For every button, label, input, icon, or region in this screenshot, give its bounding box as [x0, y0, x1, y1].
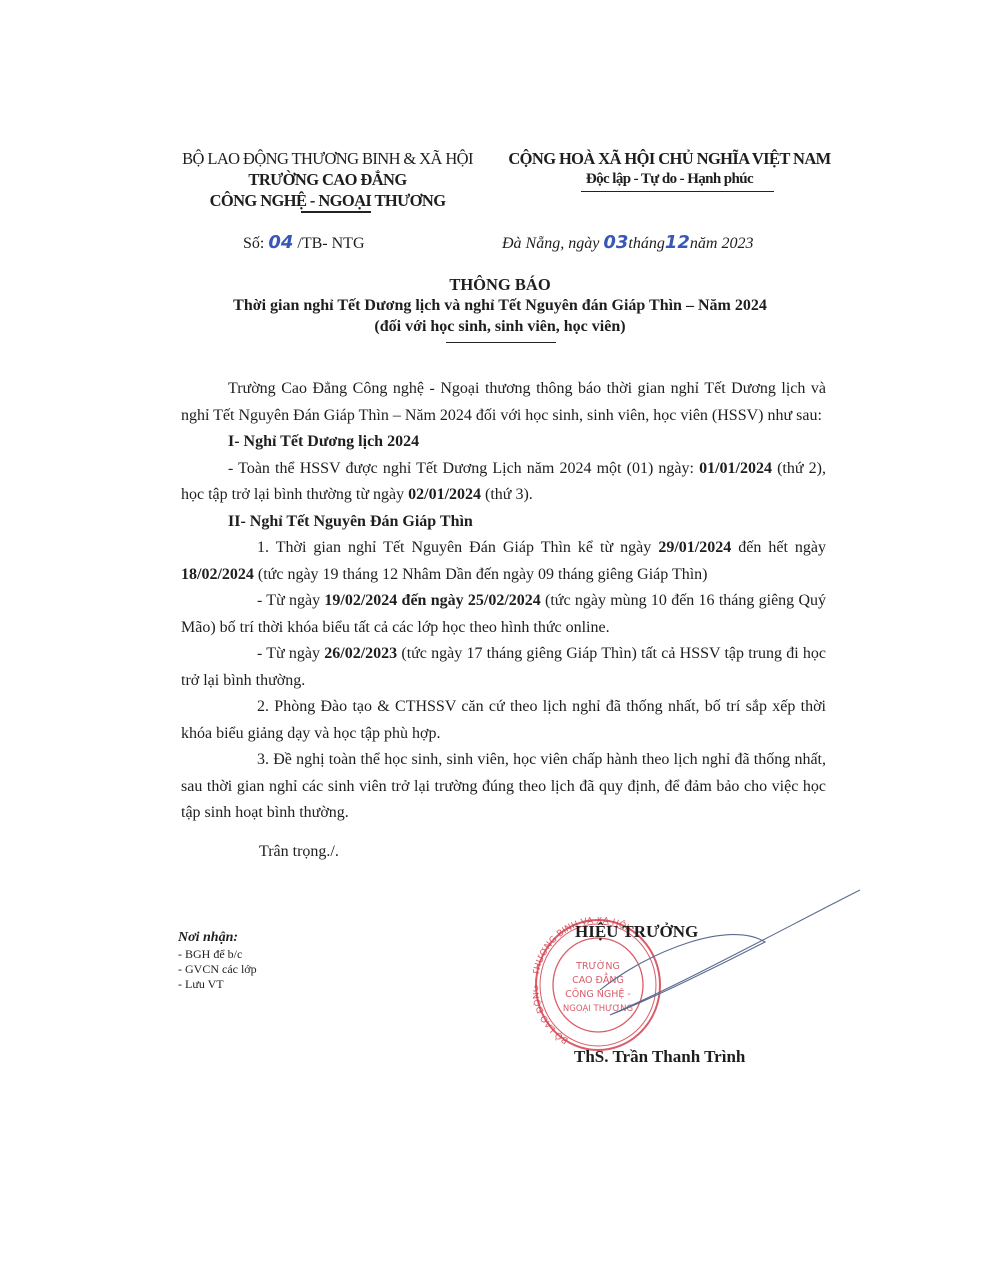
signer-name: ThS. Trần Thanh Trình [574, 1047, 794, 1067]
date-place: Đà Nẵng, ngày [502, 235, 603, 252]
date-highlight: 18/02/2024 [181, 566, 254, 583]
school-name-line1: TRƯỜNG CAO ĐẲNG [170, 169, 485, 190]
country-name: CỘNG HOÀ XÃ HỘI CHỦ NGHĨA VIỆT NAM [502, 148, 837, 169]
national-header: CỘNG HOÀ XÃ HỘI CHỦ NGHĨA VIỆT NAM Độc l… [502, 148, 837, 190]
number-suffix: /TB- NTG [293, 235, 364, 252]
text-span: (tức ngày 19 tháng 12 Nhâm Dần đến ngày … [254, 566, 708, 583]
date-highlight: 02/01/2024 [408, 486, 481, 503]
text-span: - Từ ngày [257, 645, 324, 662]
issue-date: Đà Nẵng, ngày 03tháng12năm 2023 [502, 232, 753, 253]
return-paragraph: - Từ ngày 26/02/2023 (tức ngày 17 tháng … [181, 641, 826, 694]
recipients-heading: Nơi nhận: [178, 930, 257, 945]
signer-title: HIỆU TRƯỞNG [575, 922, 795, 942]
title-audience: (đối với học sinh, sinh viên, học viên) [170, 316, 830, 337]
number-prefix: Số: [243, 235, 268, 252]
document-title: THÔNG BÁO Thời gian nghỉ Tết Dương lịch … [170, 274, 830, 337]
section1-paragraph: - Toàn thể HSSV được nghỉ Tết Dương Lịch… [181, 456, 826, 509]
year-label: năm 2023 [690, 235, 754, 252]
text-span: - Từ ngày [257, 592, 324, 609]
ministry-name: BỘ LAO ĐỘNG THƯƠNG BINH & XÃ HỘI [170, 148, 485, 169]
school-name-line2: CÔNG NGHỆ - NGOẠI THƯƠNG [170, 190, 485, 211]
document-body: Trường Cao Đẳng Công nghệ - Ngoại thương… [181, 376, 826, 865]
intro-paragraph: Trường Cao Đẳng Công nghệ - Ngoại thương… [181, 376, 826, 429]
online-schedule-paragraph: - Từ ngày 19/02/2024 đến ngày 25/02/2024… [181, 588, 826, 641]
date-highlight: 01/01/2024 [699, 460, 772, 477]
text-span: (thứ 3). [481, 486, 533, 503]
header-left-underline [301, 211, 371, 213]
section1-heading: I- Nghỉ Tết Dương lịch 2024 [181, 429, 826, 456]
recipients-list: Nơi nhận: - BGH để b/c - GVCN các lớp - … [178, 930, 257, 992]
text-span: - Toàn thể HSSV được nghỉ Tết Dương Lịch… [228, 460, 699, 477]
text-span: đến hết ngày [731, 539, 826, 556]
title-underline [446, 342, 556, 343]
handwritten-signature [540, 880, 870, 1050]
item1-paragraph: 1. Thời gian nghỉ Tết Nguyên Đán Giáp Th… [181, 535, 826, 588]
text-span: 1. Thời gian nghỉ Tết Nguyên Đán Giáp Th… [257, 539, 658, 556]
section2-heading: II- Nghỉ Tết Nguyên Đán Giáp Thìn [181, 509, 826, 536]
document-number: Số: 04 /TB- NTG [243, 232, 365, 253]
month-label: tháng [628, 235, 664, 252]
handwritten-month: 12 [665, 232, 690, 253]
handwritten-day: 03 [603, 232, 628, 253]
motto-underline [581, 191, 774, 192]
national-motto: Độc lập - Tự do - Hạnh phúc [502, 169, 837, 190]
handwritten-number: 04 [268, 232, 293, 253]
date-highlight: 19/02/2024 đến ngày 25/02/2024 [324, 592, 540, 609]
title-subject: Thời gian nghỉ Tết Dương lịch và nghỉ Tế… [170, 295, 830, 316]
issuing-agency-header: BỘ LAO ĐỘNG THƯƠNG BINH & XÃ HỘI TRƯỜNG … [170, 148, 485, 211]
title-heading: THÔNG BÁO [170, 274, 830, 295]
recipient-item: - GVCN các lớp [178, 962, 257, 977]
item2-paragraph: 2. Phòng Đào tạo & CTHSSV căn cứ theo lị… [181, 694, 826, 747]
recipient-item: - BGH để b/c [178, 947, 257, 962]
date-highlight: 26/02/2023 [324, 645, 397, 662]
date-highlight: 29/01/2024 [658, 539, 731, 556]
item3-paragraph: 3. Đề nghị toàn thể học sinh, sinh viên,… [181, 747, 826, 827]
recipient-item: - Lưu VT [178, 977, 257, 992]
closing-regards: Trân trọng./. [181, 839, 826, 866]
